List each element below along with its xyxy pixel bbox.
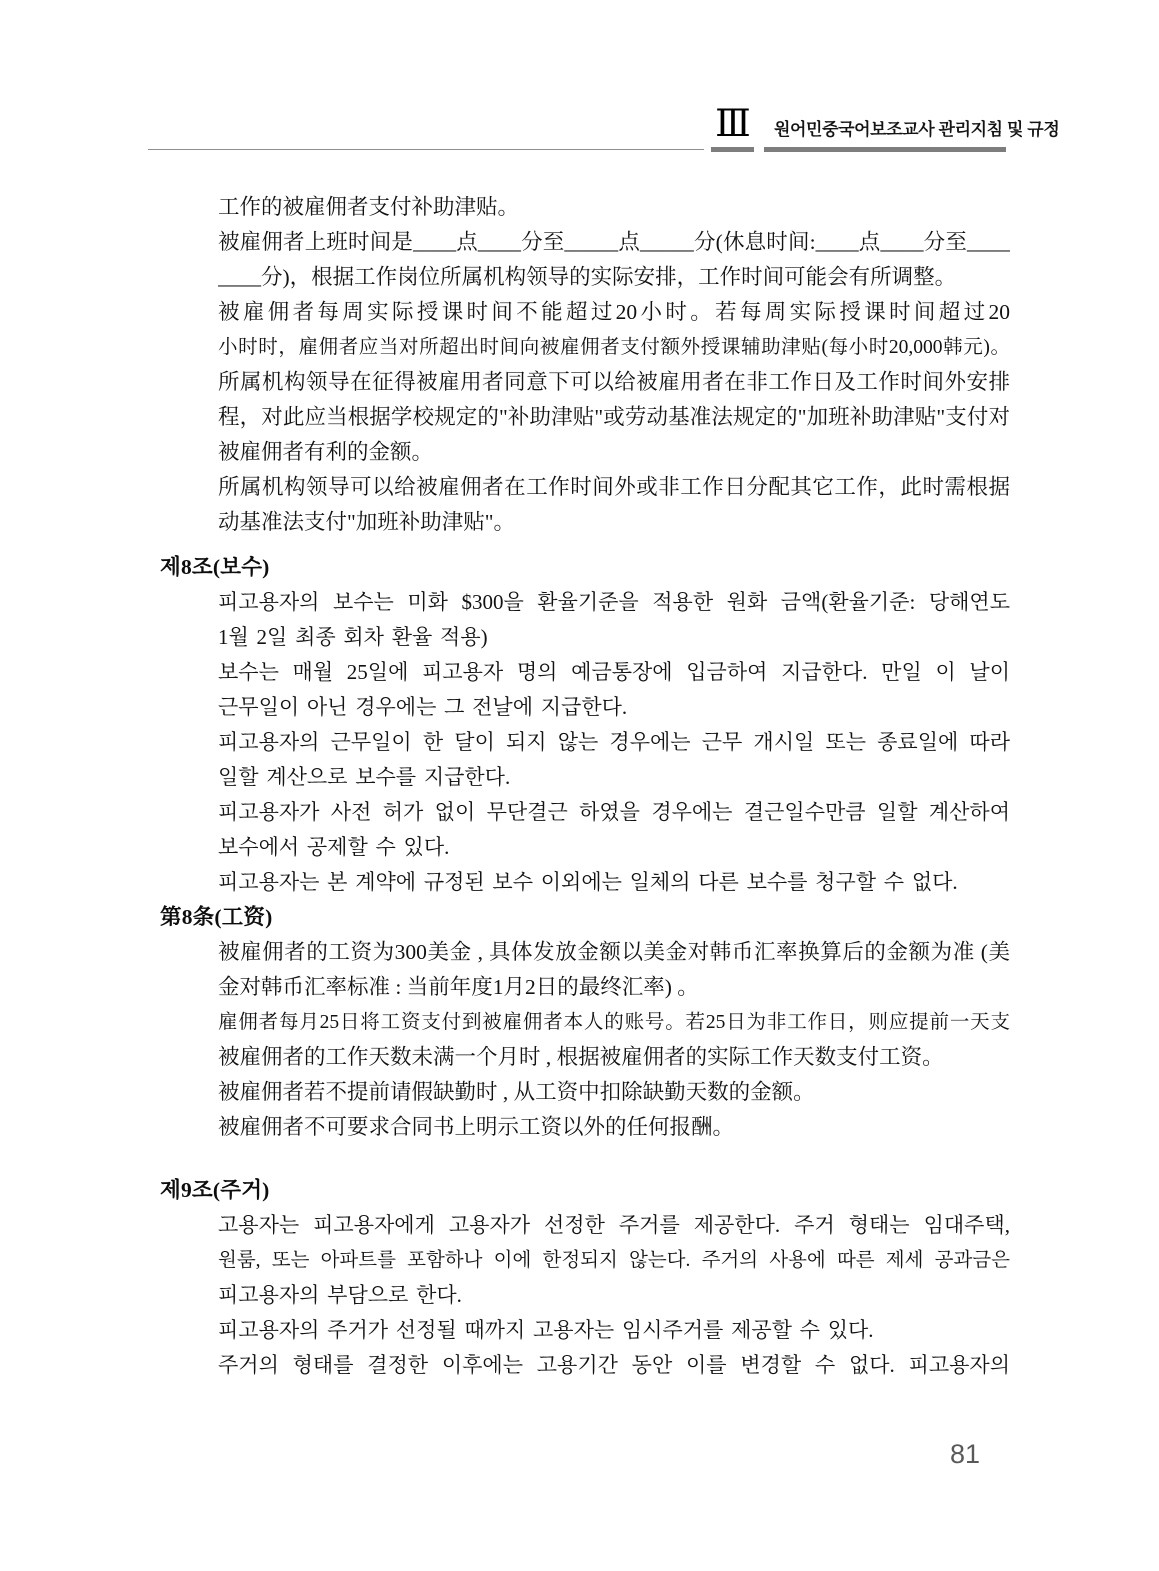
text-line: ____分)，根据工作岗位所属机构领导的实际安排，工作时间可能会有所调整。 — [218, 260, 1010, 295]
document-page: Ⅲ 원어민중국어보조교사 관리지침 및 규정 工作的被雇佣者支付补助津贴。被雇佣… — [0, 0, 1159, 1571]
text-line: 보수는 매월 25일에 피고용자 명의 예금통장에 입금하여 지급한다. 만일 … — [218, 655, 1010, 690]
text-line: 피고용자는 본 계약에 규정된 보수 이외에는 일체의 다른 보수를 청구할 수… — [218, 865, 1010, 900]
text-line: 고용자는 피고용자에게 고용자가 선정한 주거를 제공한다. 주거 형태는 임대… — [218, 1208, 1010, 1243]
clause-item: 피고용자의 보수는 미화 $300을 환율기준을 적용한 원화 금액(환율기준:… — [160, 585, 1010, 655]
text-line: 所属机构领导可以给被雇佣者在工作时间外或非工作日分配其它工作，此时需根据劳5 — [218, 470, 1010, 505]
clause-item: 被雇佣者每周实际授课时间不能超过20小时。若每周实际授课时间超过203小时时，雇… — [160, 295, 1010, 365]
article-heading: 제9조(주거) — [160, 1173, 1010, 1208]
clause-item: 被雇佣者不可要求合同书上明示工资以外的任何报酬。5 — [160, 1110, 1010, 1145]
text-line: 金对韩币汇率标准 : 当前年度1月2日的最终汇率) 。 — [218, 970, 1010, 1005]
text-line: 工作的被雇佣者支付补助津贴。 — [218, 190, 1010, 225]
clause-item: 고용자는 피고용자에게 고용자가 선정한 주거를 제공한다. 주거 형태는 임대… — [160, 1208, 1010, 1313]
clause-item: 피고용자의 근무일이 한 달이 되지 않는 경우에는 근무 개시일 또는 종료일… — [160, 725, 1010, 795]
text-line: 보수에서 공제할 수 있다. — [218, 830, 1010, 865]
clause-item: 피고용자의 주거가 선정될 때까지 고용자는 임시주거를 제공할 수 있다.2 — [160, 1313, 1010, 1348]
clause-item: 피고용자는 본 계약에 규정된 보수 이외에는 일체의 다른 보수를 청구할 수… — [160, 865, 1010, 900]
document-body: 工作的被雇佣者支付补助津贴。被雇佣者上班时间是____点____分至_____点… — [160, 190, 1010, 1383]
text-line: 1월 2일 최종 회차 환율 적용) — [218, 620, 1010, 655]
text-line: 피고용자가 사전 허가 없이 무단결근 하였을 경우에는 결근일수만큼 일할 계… — [218, 795, 1010, 830]
text-line: 피고용자의 부담으로 한다. — [218, 1278, 1010, 1313]
text-line: 원룸, 또는 아파트를 포함하나 이에 한정되지 않는다. 주거의 사용에 따른… — [218, 1243, 1010, 1278]
clause-item: 被雇佣者若不提前请假缺勤时 , 从工资中扣除缺勤天数的金额。4 — [160, 1075, 1010, 1110]
text-line: 被雇佣者若不提前请假缺勤时 , 从工资中扣除缺勤天数的金额。4 — [218, 1075, 1010, 1110]
text-line: 주거의 형태를 결정한 이후에는 고용기간 동안 이를 변경할 수 없다. 피고… — [218, 1348, 1010, 1383]
text-line: 被雇佣者上班时间是____点____分至_____点_____分(休息时间:__… — [218, 225, 1010, 260]
clause-item: 被雇佣者的工作天数未满一个月时 , 根据被雇佣者的实际工作天数支付工资。3 — [160, 1040, 1010, 1075]
clause-item: 雇佣者每月25日将工资支付到被雇佣者本人的账号。若25日为非工作日，则应提前一天… — [160, 1005, 1010, 1040]
text-line: 小时时，雇佣者应当对所超出时间向被雇佣者支付额外授课辅助津贴(每小时20,000… — [218, 330, 1010, 365]
header-rule-numeral — [711, 147, 754, 152]
text-line: 被雇佣者有利的金额。 — [218, 435, 1010, 470]
text-line: 被雇佣者每周实际授课时间不能超过20小时。若每周实际授课时间超过203 — [218, 295, 1010, 330]
clause-item: 被雇佣者的工资为300美金 , 具体发放金额以美金对韩币汇率换算后的金额为准 (… — [160, 935, 1010, 1005]
section-title: 원어민중국어보조교사 관리지침 및 규정 — [774, 119, 1010, 141]
text-line: 피고용자의 주거가 선정될 때까지 고용자는 임시주거를 제공할 수 있다.2 — [218, 1313, 1010, 1348]
text-line: 被雇佣者的工作天数未满一个月时 , 根据被雇佣者的实际工作天数支付工资。3 — [218, 1040, 1010, 1075]
text-line: 雇佣者每月25日将工资支付到被雇佣者本人的账号。若25日为非工作日，则应提前一天… — [218, 1005, 1010, 1040]
text-line: 근무일이 아닌 경우에는 그 전날에 지급한다. — [218, 690, 1010, 725]
header-rule-left — [148, 149, 704, 150]
text-line: 被雇佣者不可要求合同书上明示工资以外的任何报酬。5 — [218, 1110, 1010, 1145]
clause-item: 피고용자가 사전 허가 없이 무단결근 하였을 경우에는 결근일수만큼 일할 계… — [160, 795, 1010, 865]
clause-item: 被雇佣者上班时间是____点____分至_____点_____分(休息时间:__… — [160, 225, 1010, 295]
section-numeral: Ⅲ — [710, 102, 756, 146]
text-line: 程，对此应当根据学校规定的"补助津贴"或劳动基准法规定的"加班补助津贴"支付对 — [218, 400, 1010, 435]
clause-item: 所属机构领导可以给被雇佣者在工作时间外或非工作日分配其它工作，此时需根据劳5动基… — [160, 470, 1010, 540]
clause-item: 주거의 형태를 결정한 이후에는 고용기간 동안 이를 변경할 수 없다. 피고… — [160, 1348, 1010, 1383]
text-line: 所属机构领导在征得被雇用者同意下可以给被雇用者在非工作日及工作时间外安排课4 — [218, 365, 1010, 400]
paragraph: 工作的被雇佣者支付补助津贴。 — [160, 190, 1010, 225]
page-number: 81 — [950, 1438, 1000, 1470]
text-line: 动基准法支付"加班补助津贴"。 — [218, 505, 1010, 540]
clause-item: 보수는 매월 25일에 피고용자 명의 예금통장에 입금하여 지급한다. 만일 … — [160, 655, 1010, 725]
text-line: 被雇佣者的工资为300美金 , 具体发放金额以美金对韩币汇率换算后的金额为准 (… — [218, 935, 1010, 970]
text-line: 피고용자의 근무일이 한 달이 되지 않는 경우에는 근무 개시일 또는 종료일… — [218, 725, 1010, 760]
header-rule-title — [764, 147, 1006, 152]
text-line: 피고용자의 보수는 미화 $300을 환율기준을 적용한 원화 금액(환율기준:… — [218, 585, 1010, 620]
clause-item: 所属机构领导在征得被雇用者同意下可以给被雇用者在非工作日及工作时间外安排课4程，… — [160, 365, 1010, 470]
article-heading: 第8条(工资) — [160, 900, 1010, 935]
article-heading: 제8조(보수) — [160, 550, 1010, 585]
text-line: 일할 계산으로 보수를 지급한다. — [218, 760, 1010, 795]
